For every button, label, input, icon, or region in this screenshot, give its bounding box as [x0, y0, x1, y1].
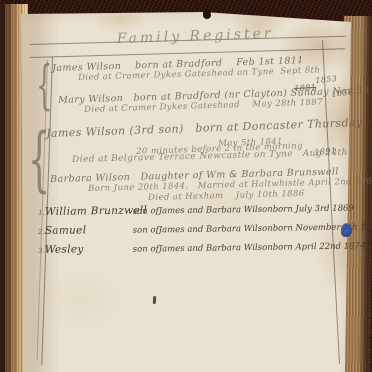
child-number: 1.: [38, 209, 45, 217]
child-number: 2.: [38, 228, 45, 236]
child-name: Wesley: [45, 243, 133, 256]
page-edge-speck: [203, 10, 211, 19]
child-number: 3.: [38, 247, 45, 255]
child-birth-date: born April 22nd 1874: [273, 241, 366, 252]
child-birth-date: born November 7th 187: [273, 222, 372, 233]
margin-year: 1891: [314, 146, 337, 157]
child-birth-date: born July 3rd 1869: [273, 204, 354, 215]
small-ink-mark: [153, 296, 157, 304]
brace-parents-group: {: [36, 56, 53, 116]
photo-of-register-page: Family Register { { James Wilson born at…: [0, 0, 372, 372]
child-relation: son of: [133, 206, 159, 216]
child-relation: son of: [133, 244, 159, 254]
margin-year: 1853: [315, 74, 338, 85]
child-parents: James and Barbara Wilson: [159, 205, 273, 217]
child-parents: James and Barbara Wilson: [159, 243, 273, 255]
child-name: William Brunzwell: [45, 205, 133, 218]
child-parents: James and Barbara Wilson: [159, 224, 273, 236]
child-relation: son of: [133, 225, 159, 235]
child-name: Samuel: [45, 224, 133, 237]
